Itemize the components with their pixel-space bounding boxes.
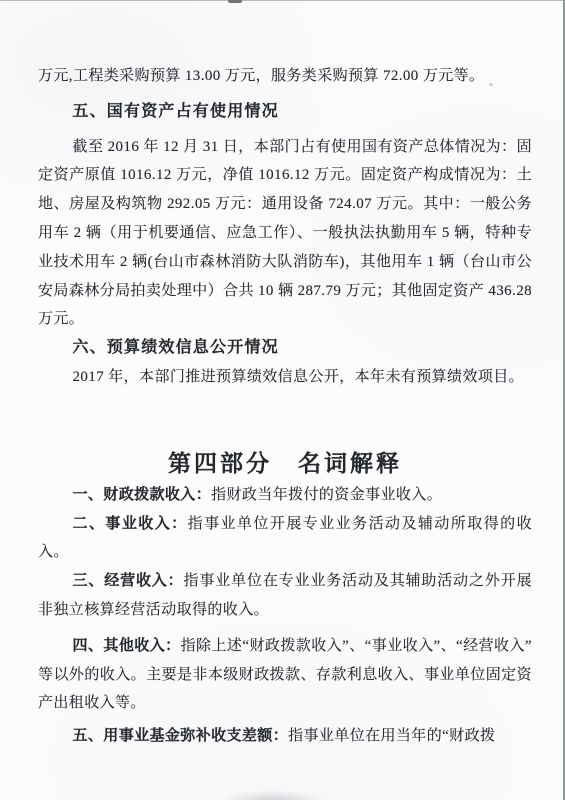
part-four-title: 第四部分 名词解释 bbox=[38, 447, 532, 481]
scan-bottom-smudge-artifact bbox=[218, 790, 328, 800]
paragraph-continuation: 万元,工程类采购预算 13.00 万元，服务类采购预算 72.00 万元等。 bbox=[38, 62, 532, 91]
paragraph-budget-performance: 2017 年，本部门推进预算绩效信息公开，本年未有预算绩效项目。 bbox=[38, 363, 532, 392]
term-definition-2: 二、事业收入：指事业单位开展专业业务活动及辅动所取得的收入。 bbox=[38, 510, 532, 568]
term-1-text: 指财政当年拨付的资金事业收入。 bbox=[211, 487, 442, 503]
term-5-lead: 五、用事业基金弥补收支差额： bbox=[73, 728, 289, 744]
section-heading-budget-performance: 六、预算绩效信息公开情况 bbox=[38, 334, 532, 363]
paragraph-state-assets: 截至 2016 年 12 月 31 日，本部门占有使用国有资产总体情况为：固定资… bbox=[38, 133, 532, 335]
term-definition-1: 一、财政拨款收入：指财政当年拨付的资金事业收入。 bbox=[38, 481, 532, 510]
term-4-lead: 四、其他收入： bbox=[73, 638, 181, 654]
section-heading-state-assets: 五、国有资产占有使用情况 bbox=[38, 98, 532, 127]
scanned-document-page: 万元,工程类采购预算 13.00 万元，服务类采购预算 72.00 万元等。 五… bbox=[0, 0, 565, 800]
term-5-text: 指事业单位在用当年的“财政拨 bbox=[288, 728, 495, 744]
document-content: 万元,工程类采购预算 13.00 万元，服务类采购预算 72.00 万元等。 五… bbox=[38, 62, 532, 751]
term-definition-3: 三、经营收入：指事业单位在专业业务活动及其辅助活动之外开展非独立核算经营活动取得… bbox=[38, 567, 532, 625]
term-definition-4: 四、其他收入：指除上述“财政拨款收入”、“事业收入”、“经营收入”等以外的收入。… bbox=[38, 632, 532, 718]
term-2-lead: 二、事业收入： bbox=[73, 516, 188, 532]
term-1-lead: 一、财政拨款收入： bbox=[73, 487, 212, 503]
scan-top-tab-artifact bbox=[228, 0, 242, 3]
term-3-lead: 三、经营收入： bbox=[73, 573, 184, 589]
term-definition-5: 五、用事业基金弥补收支差额：指事业单位在用当年的“财政拨 bbox=[38, 722, 532, 751]
scan-top-edge-artifact bbox=[0, 0, 565, 1]
